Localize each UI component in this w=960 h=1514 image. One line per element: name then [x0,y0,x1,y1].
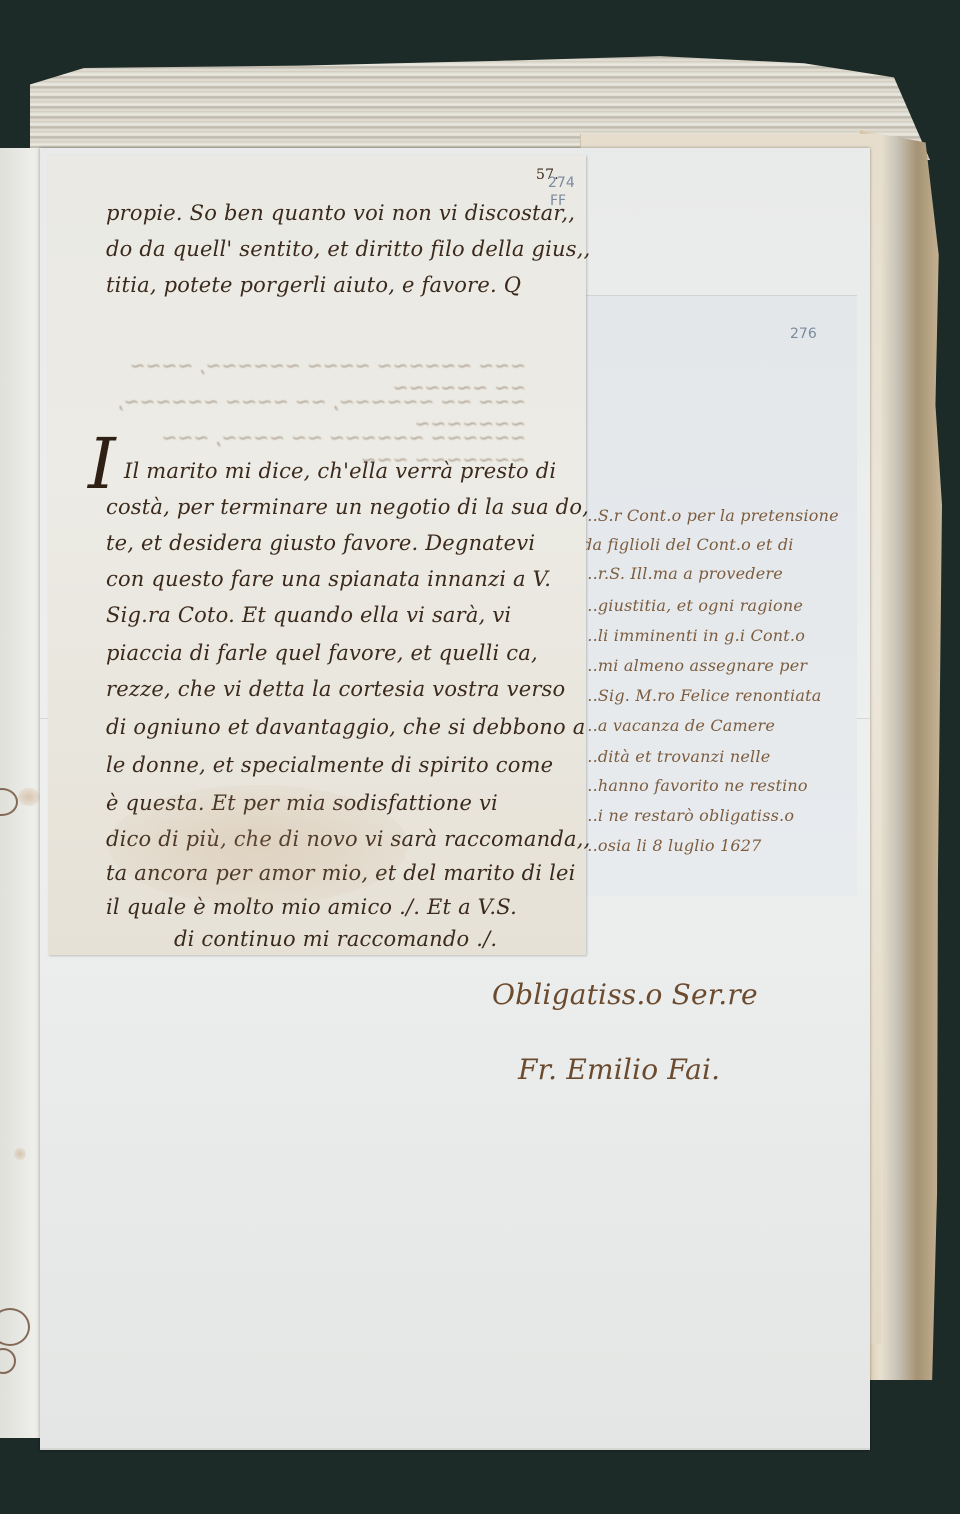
slip-line: da figlioli del Cont.o et di [582,535,794,554]
letter-line: di ogniuno et davantaggio, che si debbon… [106,715,585,739]
letter-line: do da quell' sentito, et diritto filo de… [106,237,590,261]
foxing-stain [14,1148,26,1160]
ink-flourish [0,1348,16,1374]
slip-line: ...dità et trovanzi nelle [582,747,770,766]
ink-flourish [0,788,18,816]
letter-line: te, et desidera giusto favore. Degnatevi [106,531,535,555]
slip-line: ...r.S. Ill.ma a provedere [582,564,783,583]
slip-line: ...i ne restarò obligatiss.o [582,806,794,825]
slip-line: ...hanno favorito ne restino [582,776,808,795]
slip-line: ...S.r Cont.o per la pretensione [582,506,839,525]
letter-line: rezze, che vi detta la cortesia vostra v… [106,677,565,701]
slip-line: ...Sig. M.ro Felice renontiata [582,686,821,705]
letter-line: costà, per terminare un negotio di la su… [106,495,589,519]
letter-line: di continuo mi raccomando ./. [174,927,497,951]
letter-line: con questo fare una spianata innanzi a V… [106,567,551,591]
ink-flourish [0,1308,30,1346]
closing-salutation: Obligatiss.o Ser.re [492,978,758,1011]
letter-line: Il marito mi dice, ch'ella verrà presto … [124,459,556,483]
letter-line: piaccia di farle quel favore, et quelli … [106,641,538,665]
inserted-slip: 276 ...S.r Cont.o per la pretensione da … [582,295,857,896]
decorated-initial: I [88,423,116,505]
attached-letter: 57. 274 FF propie. So ben quanto voi non… [48,155,586,955]
slip-line: ...osia li 8 luglio 1627 [582,836,762,855]
slip-line: ...a vacanza de Camere [582,716,775,735]
folio-number-pencil: 274 [548,175,575,191]
letter-line: titia, potete porgerli aiuto, e favore. … [106,273,521,297]
slip-line: ...mi almeno assegnare per [582,656,807,675]
letter-line: le donne, et specialmente di spirito com… [106,753,553,777]
letter-line: propie. So ben quanto voi non vi discost… [106,201,575,225]
signature-name: Fr. Emilio Fai. [518,1053,720,1086]
slip-line: ...giustitia, et ogni ragione [582,596,803,615]
ink-bleed-stain [108,785,408,905]
folio-number-pencil: 276 [790,326,817,342]
letter-line: Sig.ra Coto. Et quando ella vi sarà, vi [106,603,511,627]
slip-line: ...li imminenti in g.i Cont.o [582,626,805,645]
foxing-stain [18,788,40,806]
